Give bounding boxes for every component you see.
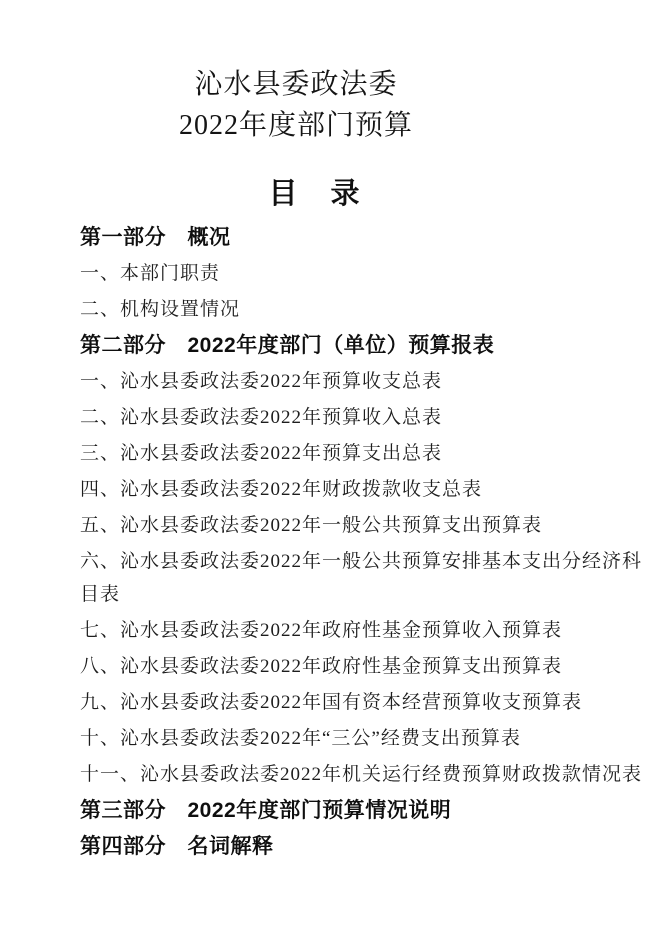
toc-item: 十、沁水县委政法委2022年“三公”经费支出预算表 bbox=[80, 722, 652, 755]
toc-section-header: 第四部分 名词解释 bbox=[80, 830, 652, 863]
document-title-line1: 沁水县委政法委 bbox=[80, 64, 512, 105]
toc-item: 八、沁水县委政法委2022年政府性基金预算支出预算表 bbox=[80, 650, 652, 683]
toc-item: 六、沁水县委政法委2022年一般公共预算安排基本支出分经济科目表 bbox=[80, 545, 652, 611]
toc-item: 九、沁水县委政法委2022年国有资本经营预算收支预算表 bbox=[80, 686, 652, 719]
toc-item: 十一、沁水县委政法委2022年机关运行经费预算财政拨款情况表 bbox=[80, 758, 652, 791]
toc-item: 一、本部门职责 bbox=[80, 257, 652, 290]
toc-item: 二、机构设置情况 bbox=[80, 293, 652, 326]
toc-section-header: 第三部分 2022年度部门预算情况说明 bbox=[80, 794, 652, 827]
toc-section-header: 第一部分 概况 bbox=[80, 221, 652, 254]
toc-item: 五、沁水县委政法委2022年一般公共预算支出预算表 bbox=[80, 509, 652, 542]
toc-item: 四、沁水县委政法委2022年财政拨款收支总表 bbox=[80, 473, 652, 506]
document-title-line2: 2022年度部门预算 bbox=[80, 105, 512, 146]
toc-item: 三、沁水县委政法委2022年预算支出总表 bbox=[80, 437, 652, 470]
toc-list: 第一部分 概况一、本部门职责二、机构设置情况第二部分 2022年度部门（单位）预… bbox=[80, 221, 652, 863]
toc-heading: 目 录 bbox=[80, 176, 550, 212]
toc-item: 二、沁水县委政法委2022年预算收入总表 bbox=[80, 401, 652, 434]
document-title: 沁水县委政法委 2022年度部门预算 bbox=[80, 64, 512, 146]
toc-section-header: 第二部分 2022年度部门（单位）预算报表 bbox=[80, 329, 652, 362]
document-page: 沁水县委政法委 2022年度部门预算 目 录 第一部分 概况一、本部门职责二、机… bbox=[0, 0, 662, 936]
toc-item: 七、沁水县委政法委2022年政府性基金预算收入预算表 bbox=[80, 614, 652, 647]
toc-item: 一、沁水县委政法委2022年预算收支总表 bbox=[80, 365, 652, 398]
